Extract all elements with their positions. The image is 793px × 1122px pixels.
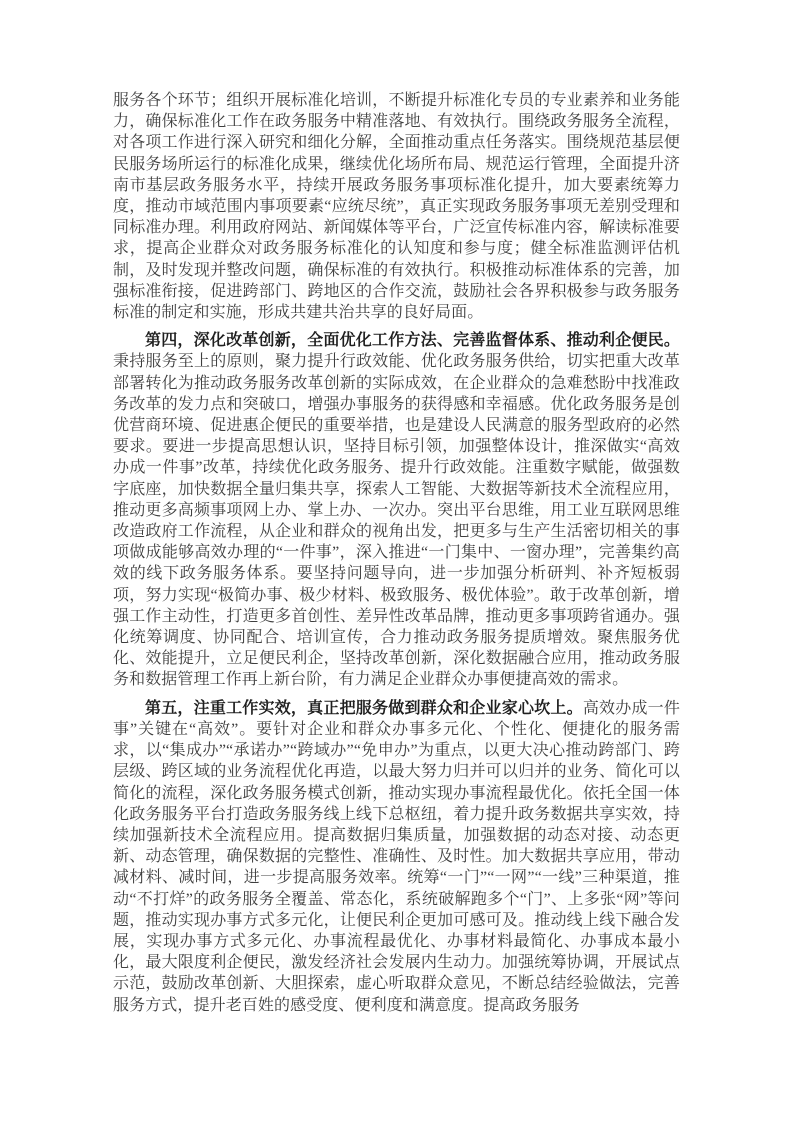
paragraph-text: 秉持服务至上的原则，聚力提升行政效能、优化政务服务供给，切实把重大改革部署转化为… — [113, 353, 680, 688]
paragraph-text: 服务各个环节；组织开展标准化培训，不断提升标准化专员的专业素养和业务能力，确保标… — [113, 92, 680, 321]
document-body: 服务各个环节；组织开展标准化培训，不断提升标准化专员的专业素养和业务能力，确保标… — [113, 90, 680, 1016]
paragraph-continuation: 服务各个环节；组织开展标准化培训，不断提升标准化专员的专业素养和业务能力，确保标… — [113, 90, 680, 323]
section-five-heading: 第五，注重工作实效，真正把服务做到群众和企业家心坎上。 — [145, 700, 583, 717]
document-page: 服务各个环节；组织开展标准化培训，不断提升标准化专员的专业素养和业务能力，确保标… — [0, 0, 793, 1122]
section-four-heading: 第四，深化改革创新，全面优化工作方法、完善监督体系、推动利企便民。 — [145, 332, 680, 349]
paragraph-section-four: 第四，深化改革创新，全面优化工作方法、完善监督体系、推动利企便民。秉持服务至上的… — [113, 330, 680, 690]
paragraph-section-five: 第五，注重工作实效，真正把服务做到群众和企业家心坎上。高效办成一件事”关键在“高… — [113, 698, 680, 1016]
paragraph-text: 高效办成一件事”关键在“高效”。要针对企业和群众办事多元化、个性化、便捷化的服务… — [113, 700, 680, 1014]
